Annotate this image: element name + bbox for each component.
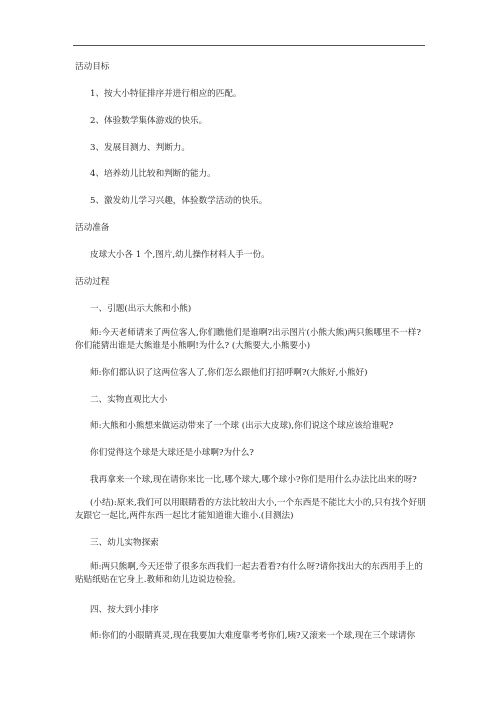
process-summary: (小结):原来,我们可以用眼睛看的方法比较出大小,一个东西是不能比大小的,只有找… xyxy=(75,497,427,523)
goal-item-1: 1、按大小特征排序并进行相应的匹配。 xyxy=(90,88,242,101)
process-paragraph: 师:今天老师请来了两位客人,你们瞧他们是谁啊?出示图片(小熊大熊)两只熊哪里不一… xyxy=(75,327,427,353)
goal-item-2: 2、体验数学集体游戏的快乐。 xyxy=(90,115,207,128)
section-heading-preparation: 活动准备 xyxy=(75,222,109,235)
goal-item-5: 5、激发幼儿学习兴趣，体验数学活动的快乐。 xyxy=(90,195,267,208)
process-step-4-heading: 四、按大到小排序 xyxy=(90,604,159,617)
process-paragraph: 师:你们的小眼睛真灵,现在我要加大难度靠考考你们,咦?又滚来一个球,现在三个球请… xyxy=(90,630,415,643)
process-paragraph: 师:你们都认识了这两位客人了,你们怎么跟他们打招呼啊?(大熊好,小熊好) xyxy=(90,367,368,380)
goal-item-4: 4、培养幼儿比较和判断的能力。 xyxy=(90,168,216,181)
header-rule xyxy=(73,45,425,46)
section-heading-goals: 活动目标 xyxy=(75,61,109,74)
process-paragraph: 你们觉得这个球是大球还是小球啊?为什么? xyxy=(90,447,254,460)
process-step-1-heading: 一、引题(出示大熊和小熊) xyxy=(90,303,191,316)
process-step-3-heading: 三、幼儿实物探索 xyxy=(90,537,159,550)
section-heading-process: 活动过程 xyxy=(75,276,109,289)
process-step-2-heading: 二、实物直观比大小 xyxy=(90,394,167,407)
preparation-text: 皮球大小各 1 个,图片,幼儿操作材料人手一份。 xyxy=(90,249,270,262)
process-paragraph: 师:两只熊啊,今天还带了很多东西我们一起去看看?有什么呀?请你找出大的东西用手上… xyxy=(75,561,427,587)
goal-item-3: 3、发展目测力、判断力。 xyxy=(90,142,190,155)
process-paragraph: 师:大熊和小熊想来做运动带来了一个球 (出示大皮球),你们说这个球应该给谁呢? xyxy=(90,420,393,433)
process-paragraph: 我再拿来一个球,现在请你来比一比,哪个球大,哪个球小?你们是用什么办法比出来的呀… xyxy=(90,474,417,487)
